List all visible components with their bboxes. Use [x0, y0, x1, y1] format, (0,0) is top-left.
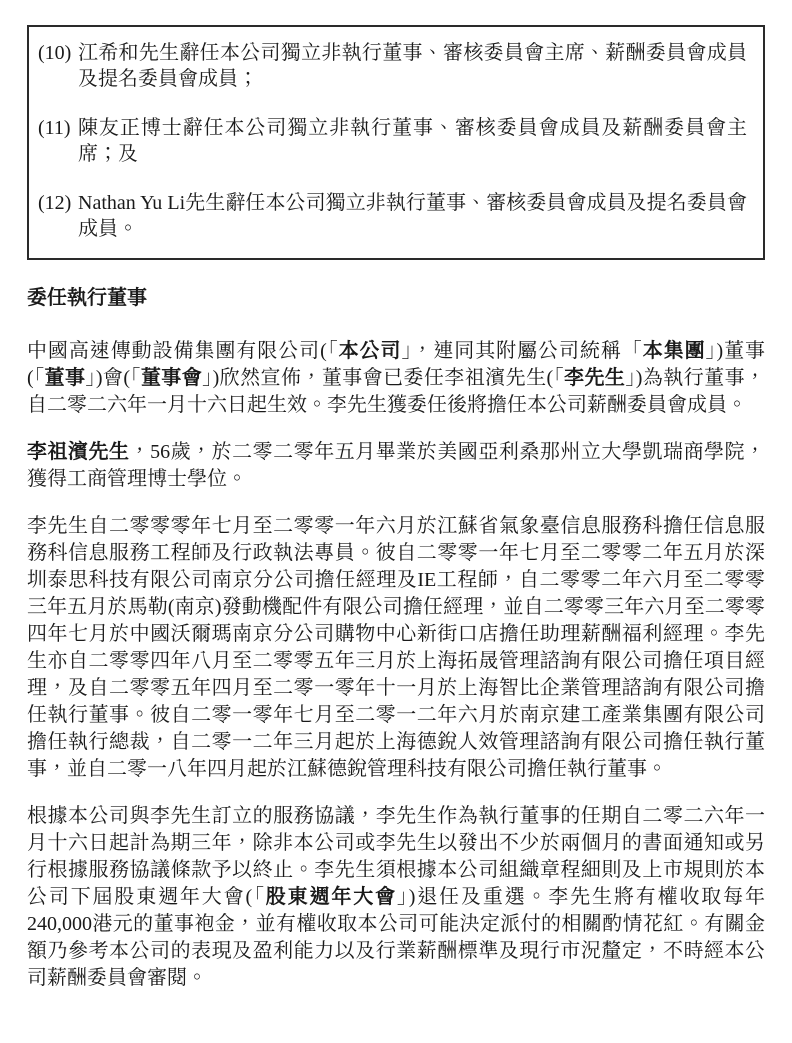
defined-term-bold: 股東週年大會	[266, 886, 397, 908]
body-text: 中國高速傳動設備集團有限公司(「	[27, 340, 339, 362]
list-item-number: (12)	[38, 190, 78, 242]
list-item-text: 陳友正博士辭任本公司獨立非執行董事、審核委員會成員及薪酬委員會主席；及	[78, 115, 747, 167]
paragraph-appointment-announcement: 中國高速傳動設備集團有限公司(「本公司」，連同其附屬公司統稱「本集團」)董事(「…	[27, 338, 765, 419]
list-item-11: (11) 陳友正博士辭任本公司獨立非執行董事、審核委員會成員及薪酬委員會主席；及	[38, 115, 747, 167]
list-item-text: Nathan Yu Li先生辭任本公司獨立非執行董事、審核委員會成員及提名委員會…	[78, 190, 747, 242]
defined-term-bold: 董事會	[141, 367, 202, 389]
defined-term-bold: 本集團	[643, 340, 706, 362]
body-text: 」，連同其附屬公司統稱「	[401, 340, 642, 362]
resignation-list-box: (10) 江希和先生辭任本公司獨立非執行董事、審核委員會主席、薪酬委員會成員及提…	[27, 25, 765, 260]
list-item-number: (10)	[38, 40, 78, 92]
list-item-number: (11)	[38, 115, 78, 167]
announcement-page: (10) 江希和先生辭任本公司獨立非執行董事、審核委員會主席、薪酬委員會成員及提…	[0, 0, 792, 1043]
paragraph-service-agreement: 根據本公司與李先生訂立的服務協議，李先生作為執行董事的任期自二零二六年一月十六日…	[27, 803, 765, 992]
body-text: 李先生自二零零零年七月至二零零一年六月於江蘇省氣象臺信息服務科擔任信息服務科信息…	[27, 515, 765, 780]
paragraph-biography-intro: 李祖濱先生，56歲，於二零二零年五月畢業於美國亞利桑那州立大學凱瑞商學院，獲得工…	[27, 439, 765, 493]
list-item-10: (10) 江希和先生辭任本公司獨立非執行董事、審核委員會主席、薪酬委員會成員及提…	[38, 40, 747, 92]
list-item-text: 江希和先生辭任本公司獨立非執行董事、審核委員會主席、薪酬委員會成員及提名委員會成…	[78, 40, 747, 92]
list-item-12: (12) Nathan Yu Li先生辭任本公司獨立非執行董事、審核委員會成員及…	[38, 190, 747, 242]
body-text: 」)會(「	[85, 367, 140, 389]
body-text: 」)欣然宣佈，董事會已委任李祖濱先生(「	[202, 367, 564, 389]
section-heading: 委任執行董事	[27, 287, 765, 309]
body-text: ，56歲，於二零二零年五月畢業於美國亞利桑那州立大學凱瑞商學院，獲得工商管理博士…	[27, 441, 765, 490]
defined-term-bold: 李祖濱先生	[27, 441, 130, 463]
defined-term-bold: 本公司	[339, 340, 402, 362]
defined-term-bold: 董事	[45, 367, 86, 389]
defined-term-bold: 李先生	[564, 367, 625, 389]
paragraph-career-history: 李先生自二零零零年七月至二零零一年六月於江蘇省氣象臺信息服務科擔任信息服務科信息…	[27, 513, 765, 783]
